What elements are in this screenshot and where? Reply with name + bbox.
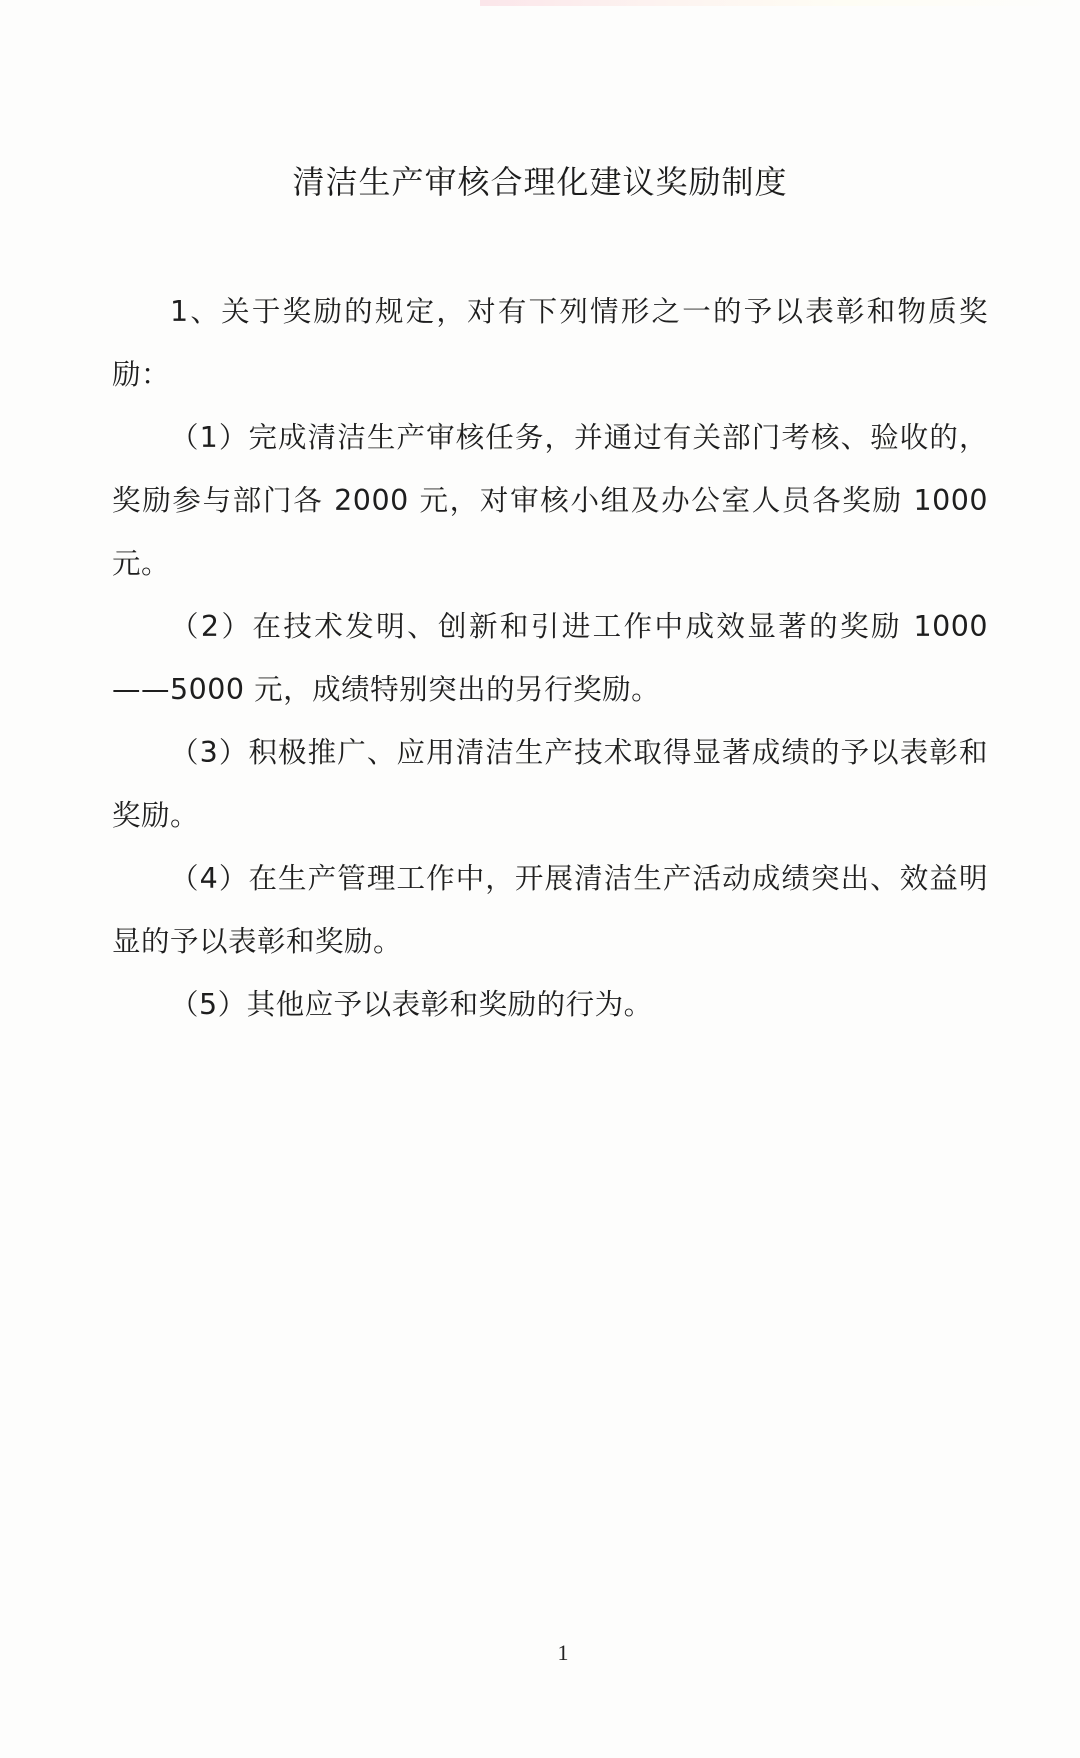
page-number: 1 — [0, 1640, 1080, 1666]
document-title: 清洁生产审核合理化建议奖励制度 — [0, 158, 1080, 206]
paragraph-item-2: （2）在技术发明、创新和引进工作中成效显著的奖励 1000——5000 元，成绩… — [112, 595, 988, 721]
paragraph-item-5: （5）其他应予以表彰和奖励的行为。 — [112, 973, 988, 1036]
paragraph-item-4: （4）在生产管理工作中，开展清洁生产活动成绩突出、效益明显的予以表彰和奖励。 — [112, 847, 988, 973]
document-body: 1、关于奖励的规定，对有下列情形之一的予以表彰和物质奖励： （1）完成清洁生产审… — [112, 280, 988, 1036]
document-page: 清洁生产审核合理化建议奖励制度 1、关于奖励的规定，对有下列情形之一的予以表彰和… — [0, 0, 1080, 1758]
paragraph-item-1: （1）完成清洁生产审核任务，并通过有关部门考核、验收的，奖励参与部门各 2000… — [112, 406, 988, 595]
paragraph-reward-rules: 1、关于奖励的规定，对有下列情形之一的予以表彰和物质奖励： — [112, 280, 988, 406]
paragraph-item-3: （3）积极推广、应用清洁生产技术取得显著成绩的予以表彰和奖励。 — [112, 721, 988, 847]
